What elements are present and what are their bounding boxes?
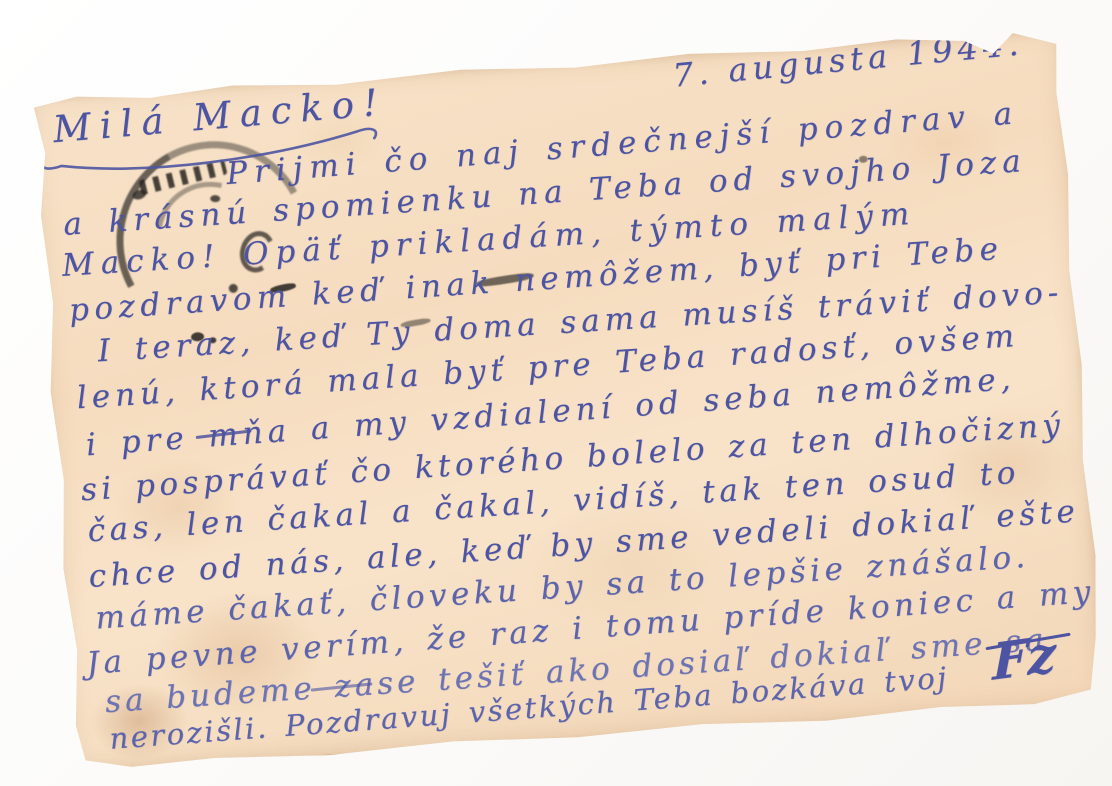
paper-card: Milá Macko! 7. augusta 1944. Prijmi čo n… <box>25 24 1108 773</box>
date: 7. augusta 1944. <box>671 24 1025 94</box>
signature-monogram: Fz <box>992 624 1056 692</box>
postcard-scan: Milá Macko! 7. augusta 1944. Prijmi čo n… <box>0 0 1112 786</box>
